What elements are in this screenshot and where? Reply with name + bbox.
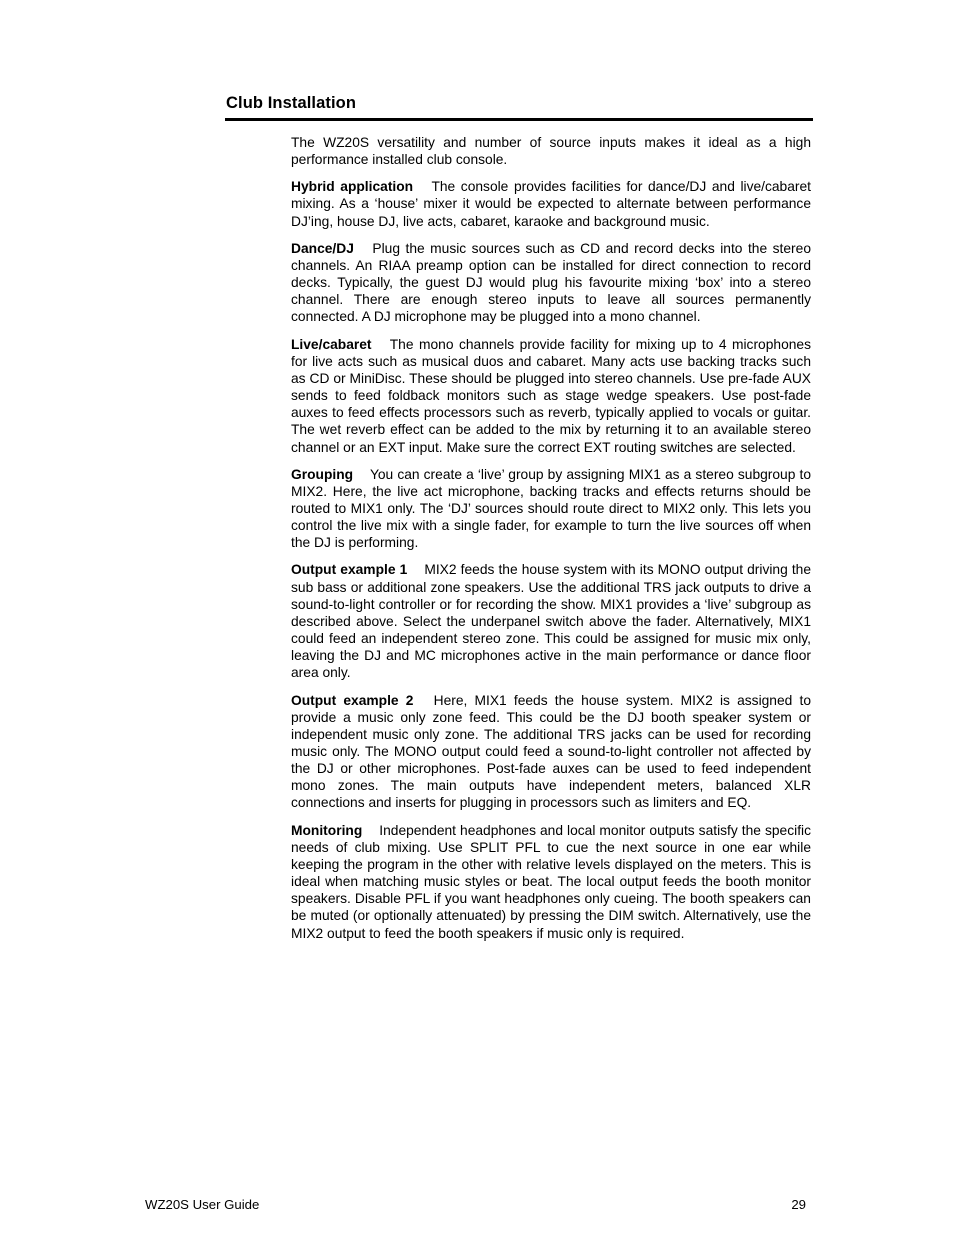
paragraph-monitoring: Monitoring Independent headphones and lo… [291, 822, 811, 942]
paragraph-text: Independent headphones and local monitor… [291, 823, 811, 941]
section-heading-block: Club Installation [225, 93, 813, 121]
paragraph-text: You can create a ‘live’ group by assigni… [291, 467, 811, 551]
paragraph-intro: The WZ20S versatility and number of sour… [291, 134, 811, 168]
paragraph-text: MIX2 feeds the house system with its MON… [291, 562, 811, 680]
manual-page: Club Installation The WZ20S versatility … [0, 0, 954, 1235]
paragraph-text: Plug the music sources such as CD and re… [291, 241, 811, 325]
paragraph-hybrid-application: Hybrid application The console provides … [291, 178, 811, 229]
paragraph-label: Monitoring [291, 823, 362, 838]
paragraph-dance-dj: Dance/DJ Plug the music sources such as … [291, 240, 811, 326]
paragraph-label: Live/cabaret [291, 337, 372, 352]
body-text: The WZ20S versatility and number of sour… [291, 134, 811, 942]
paragraph-label: Hybrid application [291, 179, 413, 194]
paragraph-text: The mono channels provide facility for m… [291, 337, 811, 455]
paragraph-label: Output example 2 [291, 693, 413, 708]
paragraph-text: Here, MIX1 feeds the house system. MIX2 … [291, 693, 811, 811]
page-footer: WZ20S User Guide 29 [145, 1196, 806, 1213]
paragraph-live-cabaret: Live/cabaret The mono channels provide f… [291, 336, 811, 456]
footer-page-number: 29 [791, 1196, 806, 1213]
paragraph-output-example-1: Output example 1 MIX2 feeds the house sy… [291, 561, 811, 681]
paragraph-output-example-2: Output example 2 Here, MIX1 feeds the ho… [291, 692, 811, 812]
paragraph-text: The WZ20S versatility and number of sour… [291, 135, 811, 167]
footer-doc-title: WZ20S User Guide [145, 1196, 259, 1213]
paragraph-grouping: Grouping You can create a ‘live’ group b… [291, 466, 811, 552]
page-title: Club Installation [225, 93, 813, 113]
paragraph-label: Grouping [291, 467, 353, 482]
paragraph-label: Dance/DJ [291, 241, 354, 256]
paragraph-label: Output example 1 [291, 562, 407, 577]
